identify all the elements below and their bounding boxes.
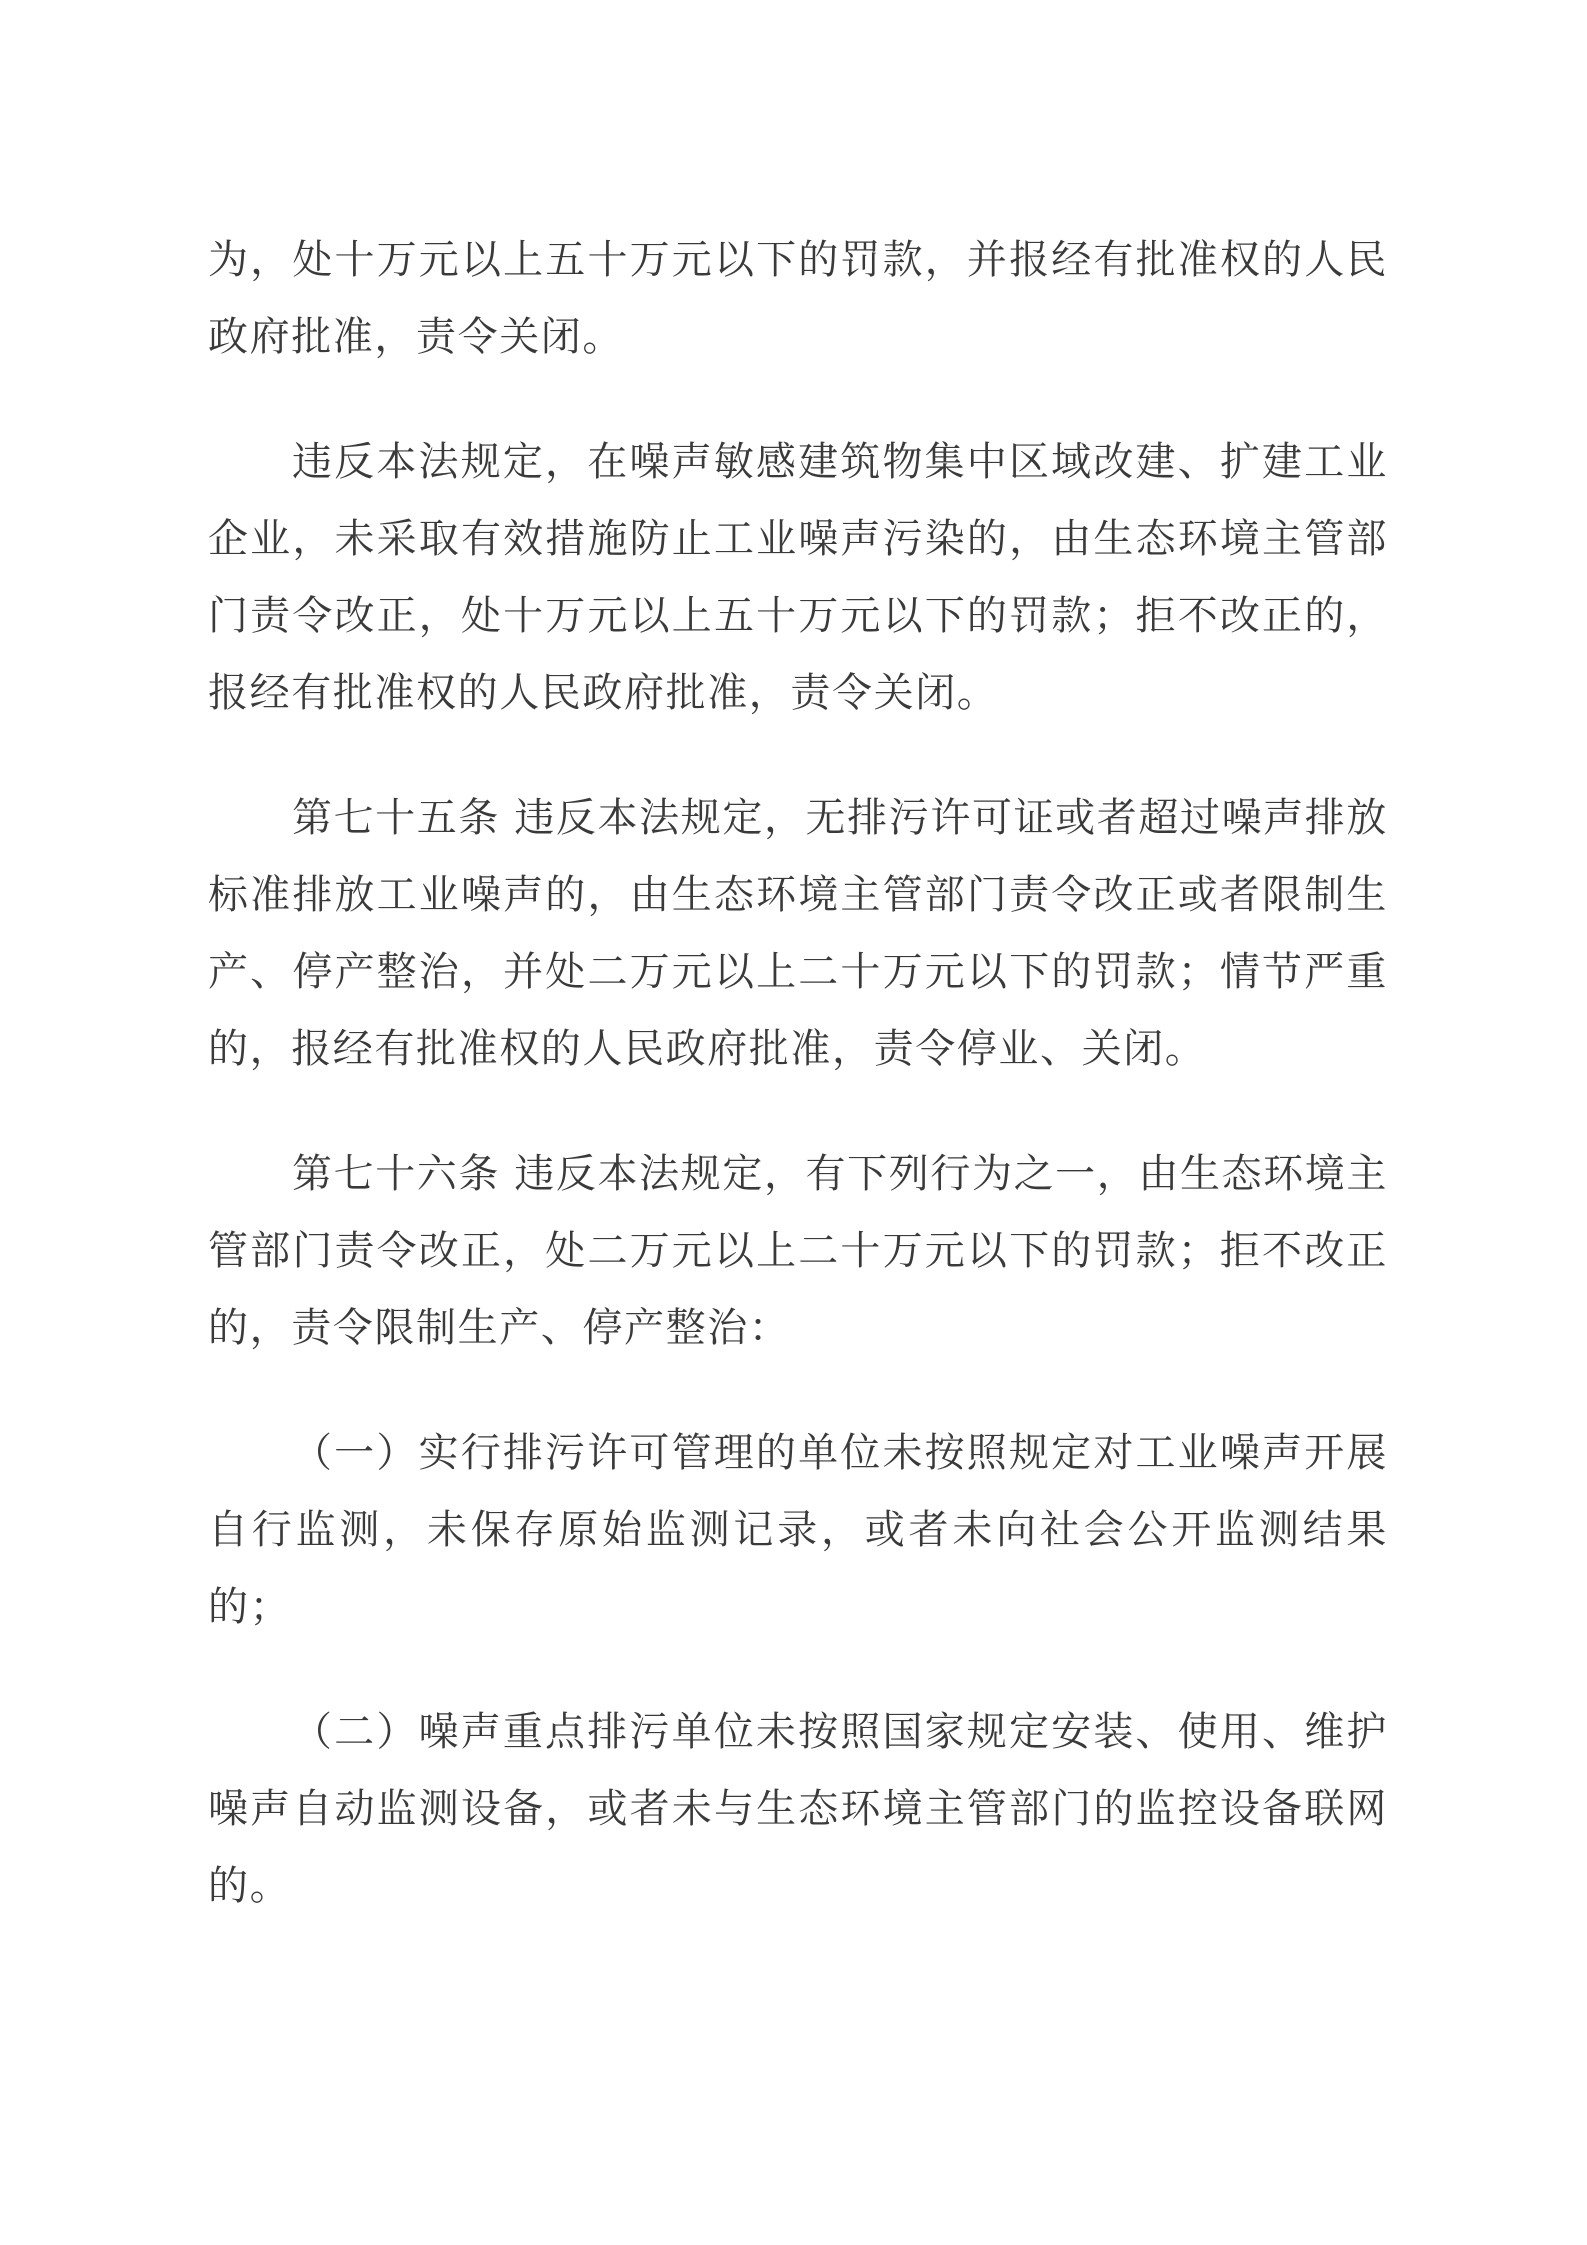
paragraph-industrial-expansion-penalty: 违反本法规定，在噪声敏感建筑物集中区域改建、扩建工业企业，未采取有效措施防止工业… — [208, 424, 1388, 732]
document-page: 为，处十万元以上五十万元以下的罚款，并报经有批准权的人民政府批准，责令关闭。 违… — [208, 222, 1388, 1925]
paragraph-article-76: 第七十六条 违反本法规定，有下列行为之一，由生态环境主管部门责令改正，处二万元以… — [208, 1136, 1388, 1367]
paragraph-article-75: 第七十五条 违反本法规定，无排污许可证或者超过噪声排放标准排放工业噪声的，由生态… — [208, 780, 1388, 1088]
paragraph-article-76-item-2: （二）噪声重点排污单位未按照国家规定安装、使用、维护噪声自动监测设备，或者未与生… — [208, 1694, 1388, 1925]
paragraph-article-76-item-1: （一）实行排污许可管理的单位未按照规定对工业噪声开展自行监测，未保存原始监测记录… — [208, 1415, 1388, 1646]
paragraph-continuation: 为，处十万元以上五十万元以下的罚款，并报经有批准权的人民政府批准，责令关闭。 — [208, 222, 1388, 376]
